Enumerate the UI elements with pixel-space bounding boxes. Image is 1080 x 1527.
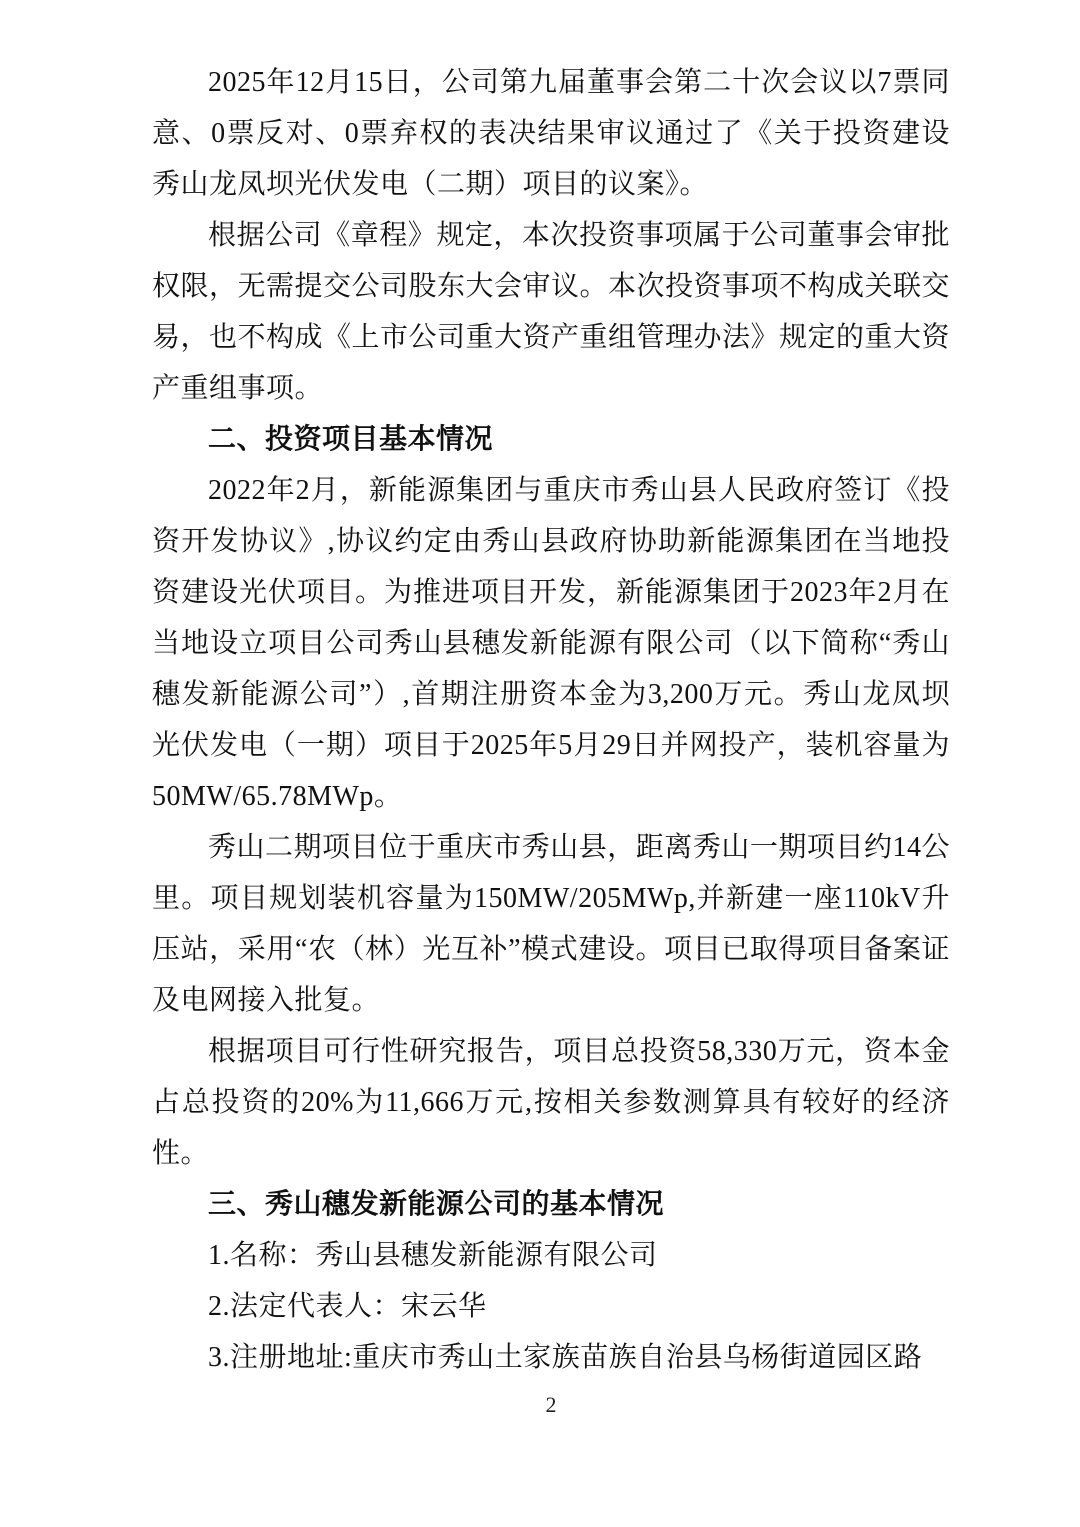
paragraph-phase2-overview: 秀山二期项目位于重庆市秀山县，距离秀山一期项目约14公里。项目规划装机容量为15… — [152, 822, 950, 1026]
list-item-company-name: 1.名称：秀山县穗发新能源有限公司 — [152, 1230, 950, 1281]
paragraph-feasibility-investment: 根据项目可行性研究报告，项目总投资58,330万元，资本金占总投资的20%为11… — [152, 1026, 950, 1179]
section-heading-2-investment-project: 二、投资项目基本情况 — [152, 414, 950, 465]
paragraph-project-background: 2022年2月，新能源集团与重庆市秀山县人民政府签订《投资开发协议》,协议约定由… — [152, 465, 950, 822]
list-item-legal-representative: 2.法定代表人：宋云华 — [152, 1281, 950, 1332]
paragraph-approval-authority: 根据公司《章程》规定，本次投资事项属于公司董事会审批权限，无需提交公司股东大会审… — [152, 210, 950, 414]
paragraph-board-resolution: 2025年12月15日，公司第九届董事会第二十次会议以7票同意、0票反对、0票弃… — [152, 57, 950, 210]
list-item-registered-address: 3.注册地址:重庆市秀山土家族苗族自治县乌杨街道园区路 — [152, 1332, 950, 1383]
page-number: 2 — [152, 1392, 950, 1418]
section-heading-3-company-basic-info: 三、秀山穗发新能源公司的基本情况 — [152, 1179, 950, 1230]
document-body: 2025年12月15日，公司第九届董事会第二十次会议以7票同意、0票反对、0票弃… — [152, 57, 950, 1383]
document-page: 2025年12月15日，公司第九届董事会第二十次会议以7票同意、0票反对、0票弃… — [0, 0, 1080, 1527]
